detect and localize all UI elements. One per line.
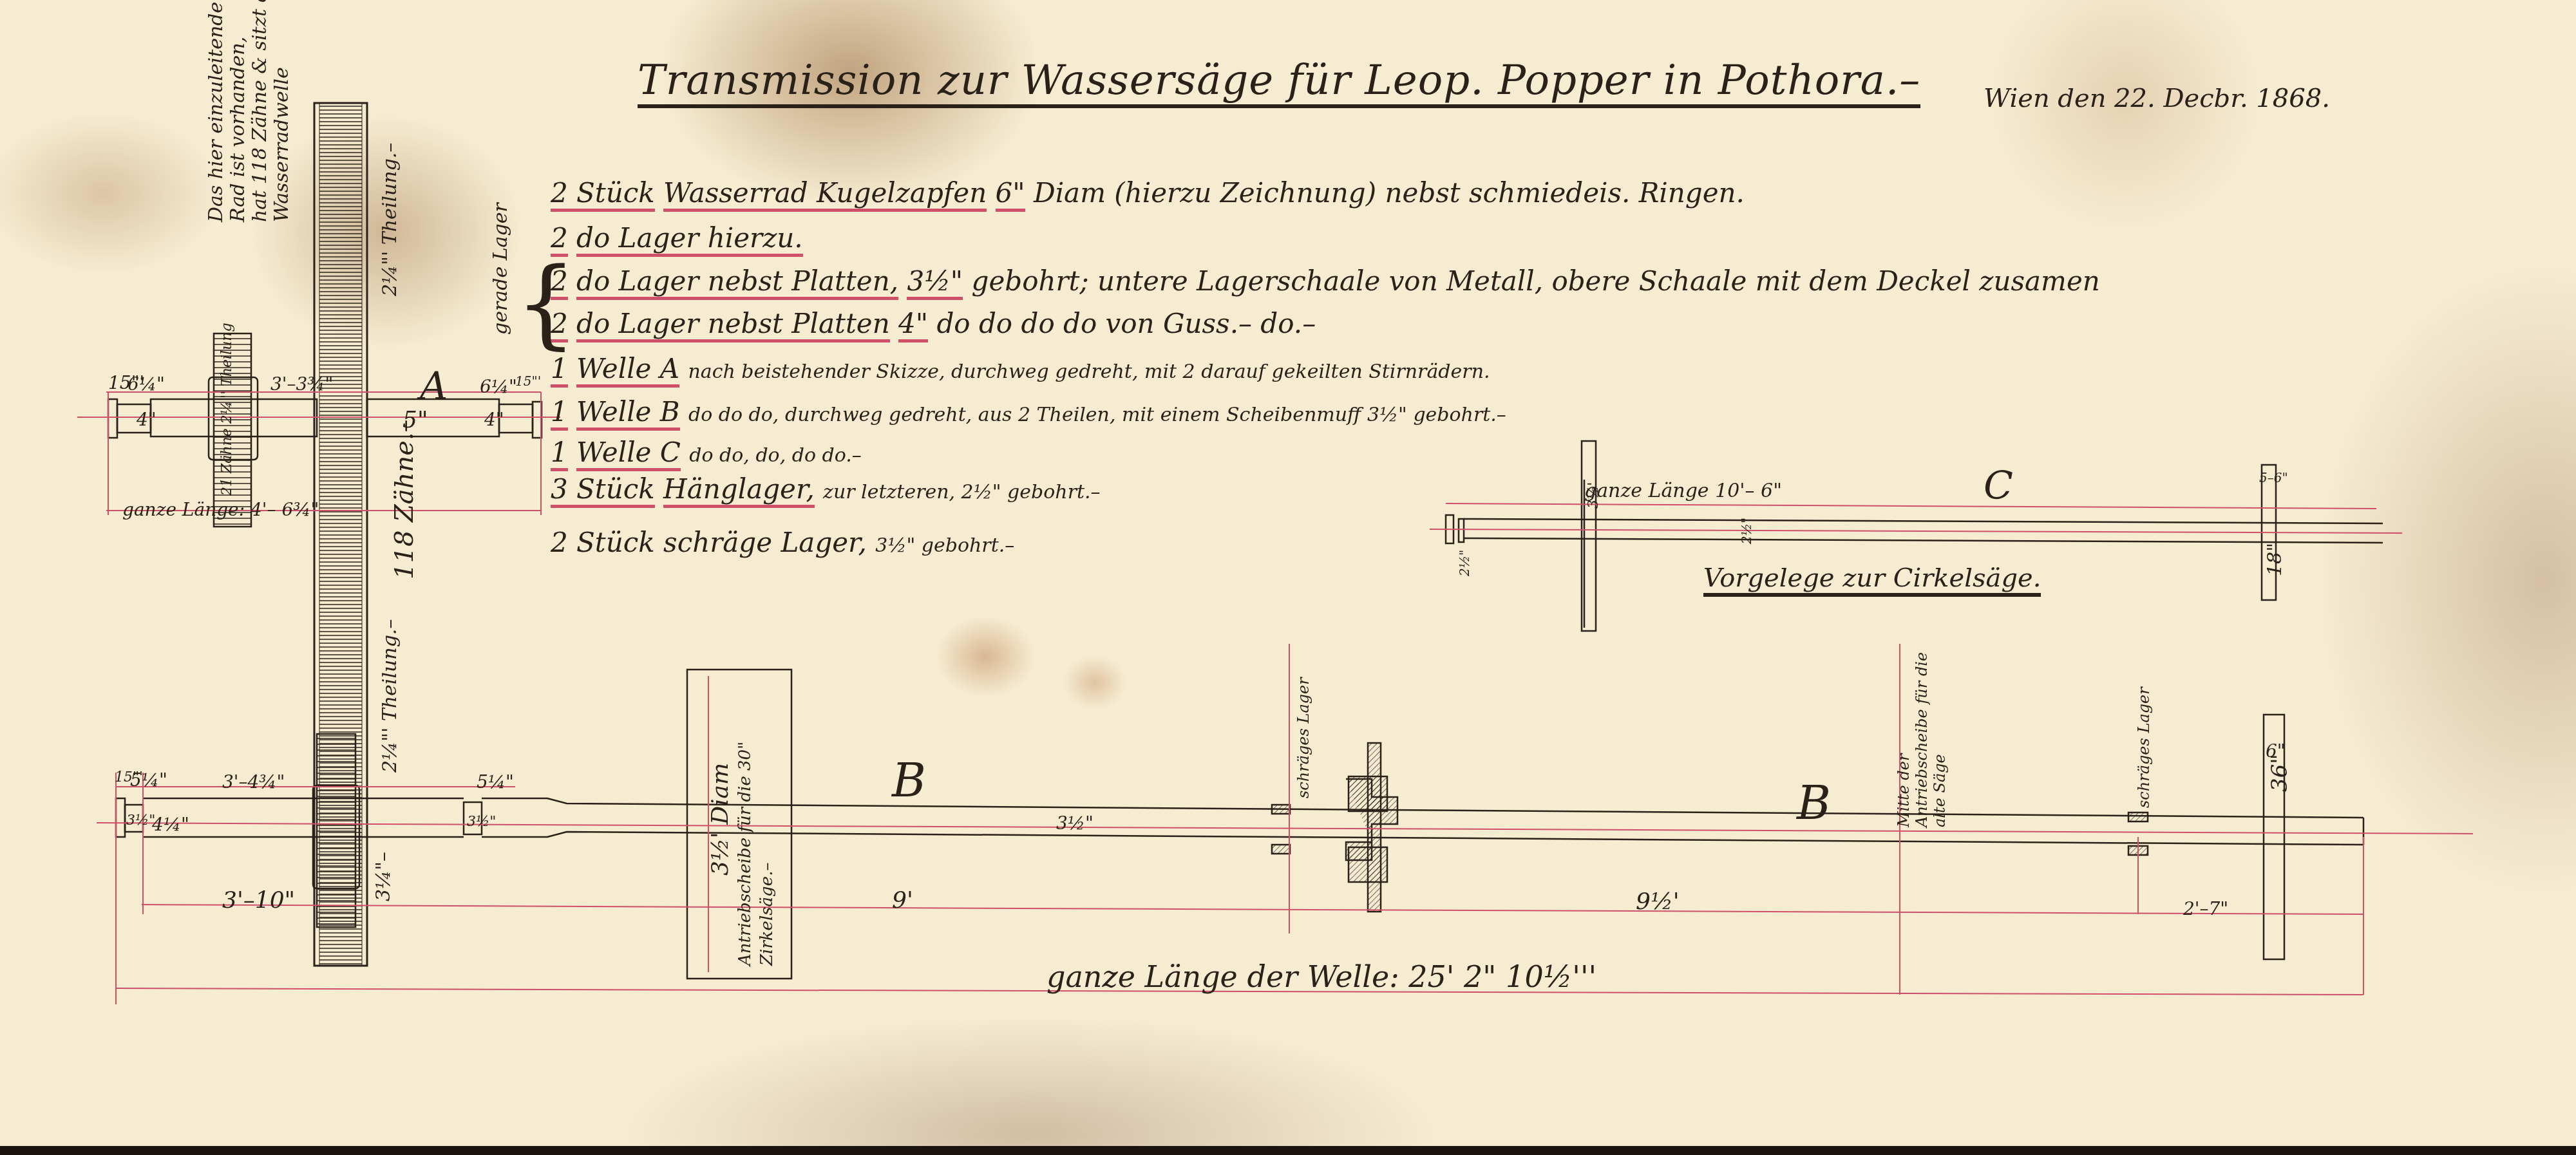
shaft-c-left-dim: 2½" xyxy=(1457,550,1472,576)
brace-symbol: { xyxy=(515,248,576,360)
shaft-b-diameter: 4¼" xyxy=(152,814,189,835)
list-item: 2 do Lager hierzu. xyxy=(551,222,803,254)
item-name: Welle A xyxy=(576,353,679,388)
item-name: do Lager hierzu. xyxy=(576,222,803,257)
shaft-a-dim: 15"' xyxy=(515,373,541,389)
right-pulley-width: 6" xyxy=(2266,740,2286,762)
item-text: gebohrt; untere Lagerschaale von Metall,… xyxy=(972,265,2100,297)
shaft-a-diameter: 5" xyxy=(402,407,428,433)
pinion-label: 21 Zähne 2¼"' Theilung xyxy=(219,323,235,496)
shaft-a-diameter: 4" xyxy=(137,409,156,430)
gear-teeth-label: 118 Zähne.– xyxy=(390,419,419,579)
shaft-b-dim: 5¼" xyxy=(477,771,514,793)
shaft-c-left-pulley: 3½' xyxy=(1586,482,1602,509)
item-text: do do, do, do do.– xyxy=(689,444,862,467)
shaft-a-dim: 6¼" xyxy=(128,373,165,395)
shaft-c-right-pulley: 18" xyxy=(2264,543,2286,576)
shaft-c xyxy=(1446,441,2383,631)
shaft-b-label-left: B xyxy=(892,753,926,807)
bearing-label: schräges Lager xyxy=(2135,687,2153,808)
shaft-b-total-length: ganze Länge der Welle: 25' 2" 10½''' xyxy=(1046,959,1596,994)
item-name: Wasserrad Kugelzapfen xyxy=(663,177,987,212)
brace-label: gerade Lager xyxy=(489,203,512,335)
shaft-b-diameter: 3½" xyxy=(1056,812,1094,834)
shaft-c-label: C xyxy=(1984,464,2013,509)
drive-pulley-text: Antriebscheibe für die 30" Zirkelsäge.– xyxy=(734,708,778,966)
item-name: do Lager nebst Platten, xyxy=(576,265,898,300)
item-qty: 3 Stück xyxy=(551,473,655,508)
item-size: 4" xyxy=(898,308,928,343)
item-text: do do do, durchweg gedreht, aus 2 Theile… xyxy=(688,404,1506,426)
shaft-a-dim: 6¼" xyxy=(480,376,517,397)
item-text: 3½" gebohrt.– xyxy=(875,534,1014,557)
item-qty: 1 xyxy=(551,437,568,471)
side-note-line: Das hier einzuleitende xyxy=(205,2,227,222)
shaft-c-diameter: 2½" xyxy=(1739,518,1754,544)
list-item: 2 Stück schräge Lager, 3½" gebohrt.– xyxy=(551,527,1014,558)
shaft-b-diameter: 3½" xyxy=(467,814,496,830)
shaft-a-total-length: ganze Länge: 4'– 6¾" xyxy=(122,499,319,520)
shaft-b-red-lines xyxy=(97,644,2473,1004)
list-item: 2 Stück Wasserrad Kugelzapfen 6" Diam (h… xyxy=(551,177,1745,209)
shaft-c-right-pulley-width: 5–6" xyxy=(2259,470,2288,485)
item-name: Welle C xyxy=(576,437,681,471)
side-note-line: Wasserradwelle xyxy=(270,67,293,222)
shaft-a-dim: 3'–3¾" xyxy=(270,373,333,395)
gear-pitch-label: 2¼"' Theilung.– xyxy=(379,143,401,296)
gear-lower-label: 2¼"' Theilung.– xyxy=(379,619,401,773)
shaft-c-total-length: ganze Länge 10'– 6" xyxy=(1584,480,1782,502)
item-qty: 2 Stück xyxy=(551,177,655,212)
item-size: 6" xyxy=(996,177,1025,212)
shaft-c-red-lines xyxy=(1430,503,2402,533)
shaft-b-dim-bottom: 9½' xyxy=(1636,888,1680,915)
shaft-b-dim-bottom: 2'–7" xyxy=(2183,898,2228,919)
list-item: 2 do Lager nebst Platten, 3½" gebohrt; u… xyxy=(551,265,2100,297)
side-note-line: hat 118 Zähne & sitzt auf der xyxy=(249,0,271,222)
shaft-b-dim-bottom: 3'–10" xyxy=(222,887,295,914)
list-item: 1 Welle B do do do, durchweg gedreht, au… xyxy=(551,396,1506,427)
list-item: 1 Welle C do do, do, do do.– xyxy=(551,437,862,468)
shaft-b-dim: 5¼" xyxy=(130,769,167,791)
item-name: Hänglager, xyxy=(663,473,815,508)
list-item: 3 Stück Hänglager, zur letzteren, 2½" ge… xyxy=(551,473,1101,505)
shaft-b-diameter: 3½" xyxy=(126,812,155,829)
shaft-b-dim-bottom: 9' xyxy=(892,887,913,914)
shaft-a-label: A xyxy=(420,364,448,409)
drive-pulley-diameter: 3½' Diam xyxy=(707,763,734,876)
document-title: Transmission zur Wassersäge für Leop. Po… xyxy=(638,57,1920,108)
shaft-c-caption: Vorgelege zur Cirkelsäge. xyxy=(1703,563,2041,597)
shaft-b-dim: 3'–4¾" xyxy=(222,771,285,793)
gear-width-label: 3¼"– xyxy=(372,852,395,901)
item-name: do Lager nebst Platten xyxy=(576,308,890,343)
item-qty: 2 Stück xyxy=(551,527,655,558)
item-text: do do do do von Guss.– do.– xyxy=(936,308,1316,339)
item-text: nach beistehender Skizze, durchweg gedre… xyxy=(688,361,1490,383)
list-item: 1 Welle A nach beistehender Skizze, durc… xyxy=(551,353,1490,384)
item-name: Welle B xyxy=(576,396,680,431)
item-qty: 1 xyxy=(551,396,568,431)
item-name: schräge Lager, xyxy=(663,527,867,558)
shaft-b-label-right: B xyxy=(1797,776,1831,830)
center-note: Mitte der Antriebscheibe für die alte Sä… xyxy=(1895,634,1949,827)
bearing-label: schräges Lager xyxy=(1294,677,1312,798)
document-date: Wien den 22. Decbr. 1868. xyxy=(1984,84,2330,113)
item-text: zur letzteren, 2½" gebohrt.– xyxy=(823,481,1101,503)
shaft-a-diameter: 4" xyxy=(484,409,504,430)
drawing-sheet: Transmission zur Wassersäge für Leop. Po… xyxy=(0,0,2576,1155)
item-text: Diam (hierzu Zeichnung) nebst schmiedeis… xyxy=(1034,177,1745,209)
list-item: 2 do Lager nebst Platten 4" do do do do … xyxy=(551,308,1316,339)
side-note-line: Rad ist vorhanden, xyxy=(227,37,249,222)
item-size: 3½" xyxy=(907,265,963,300)
